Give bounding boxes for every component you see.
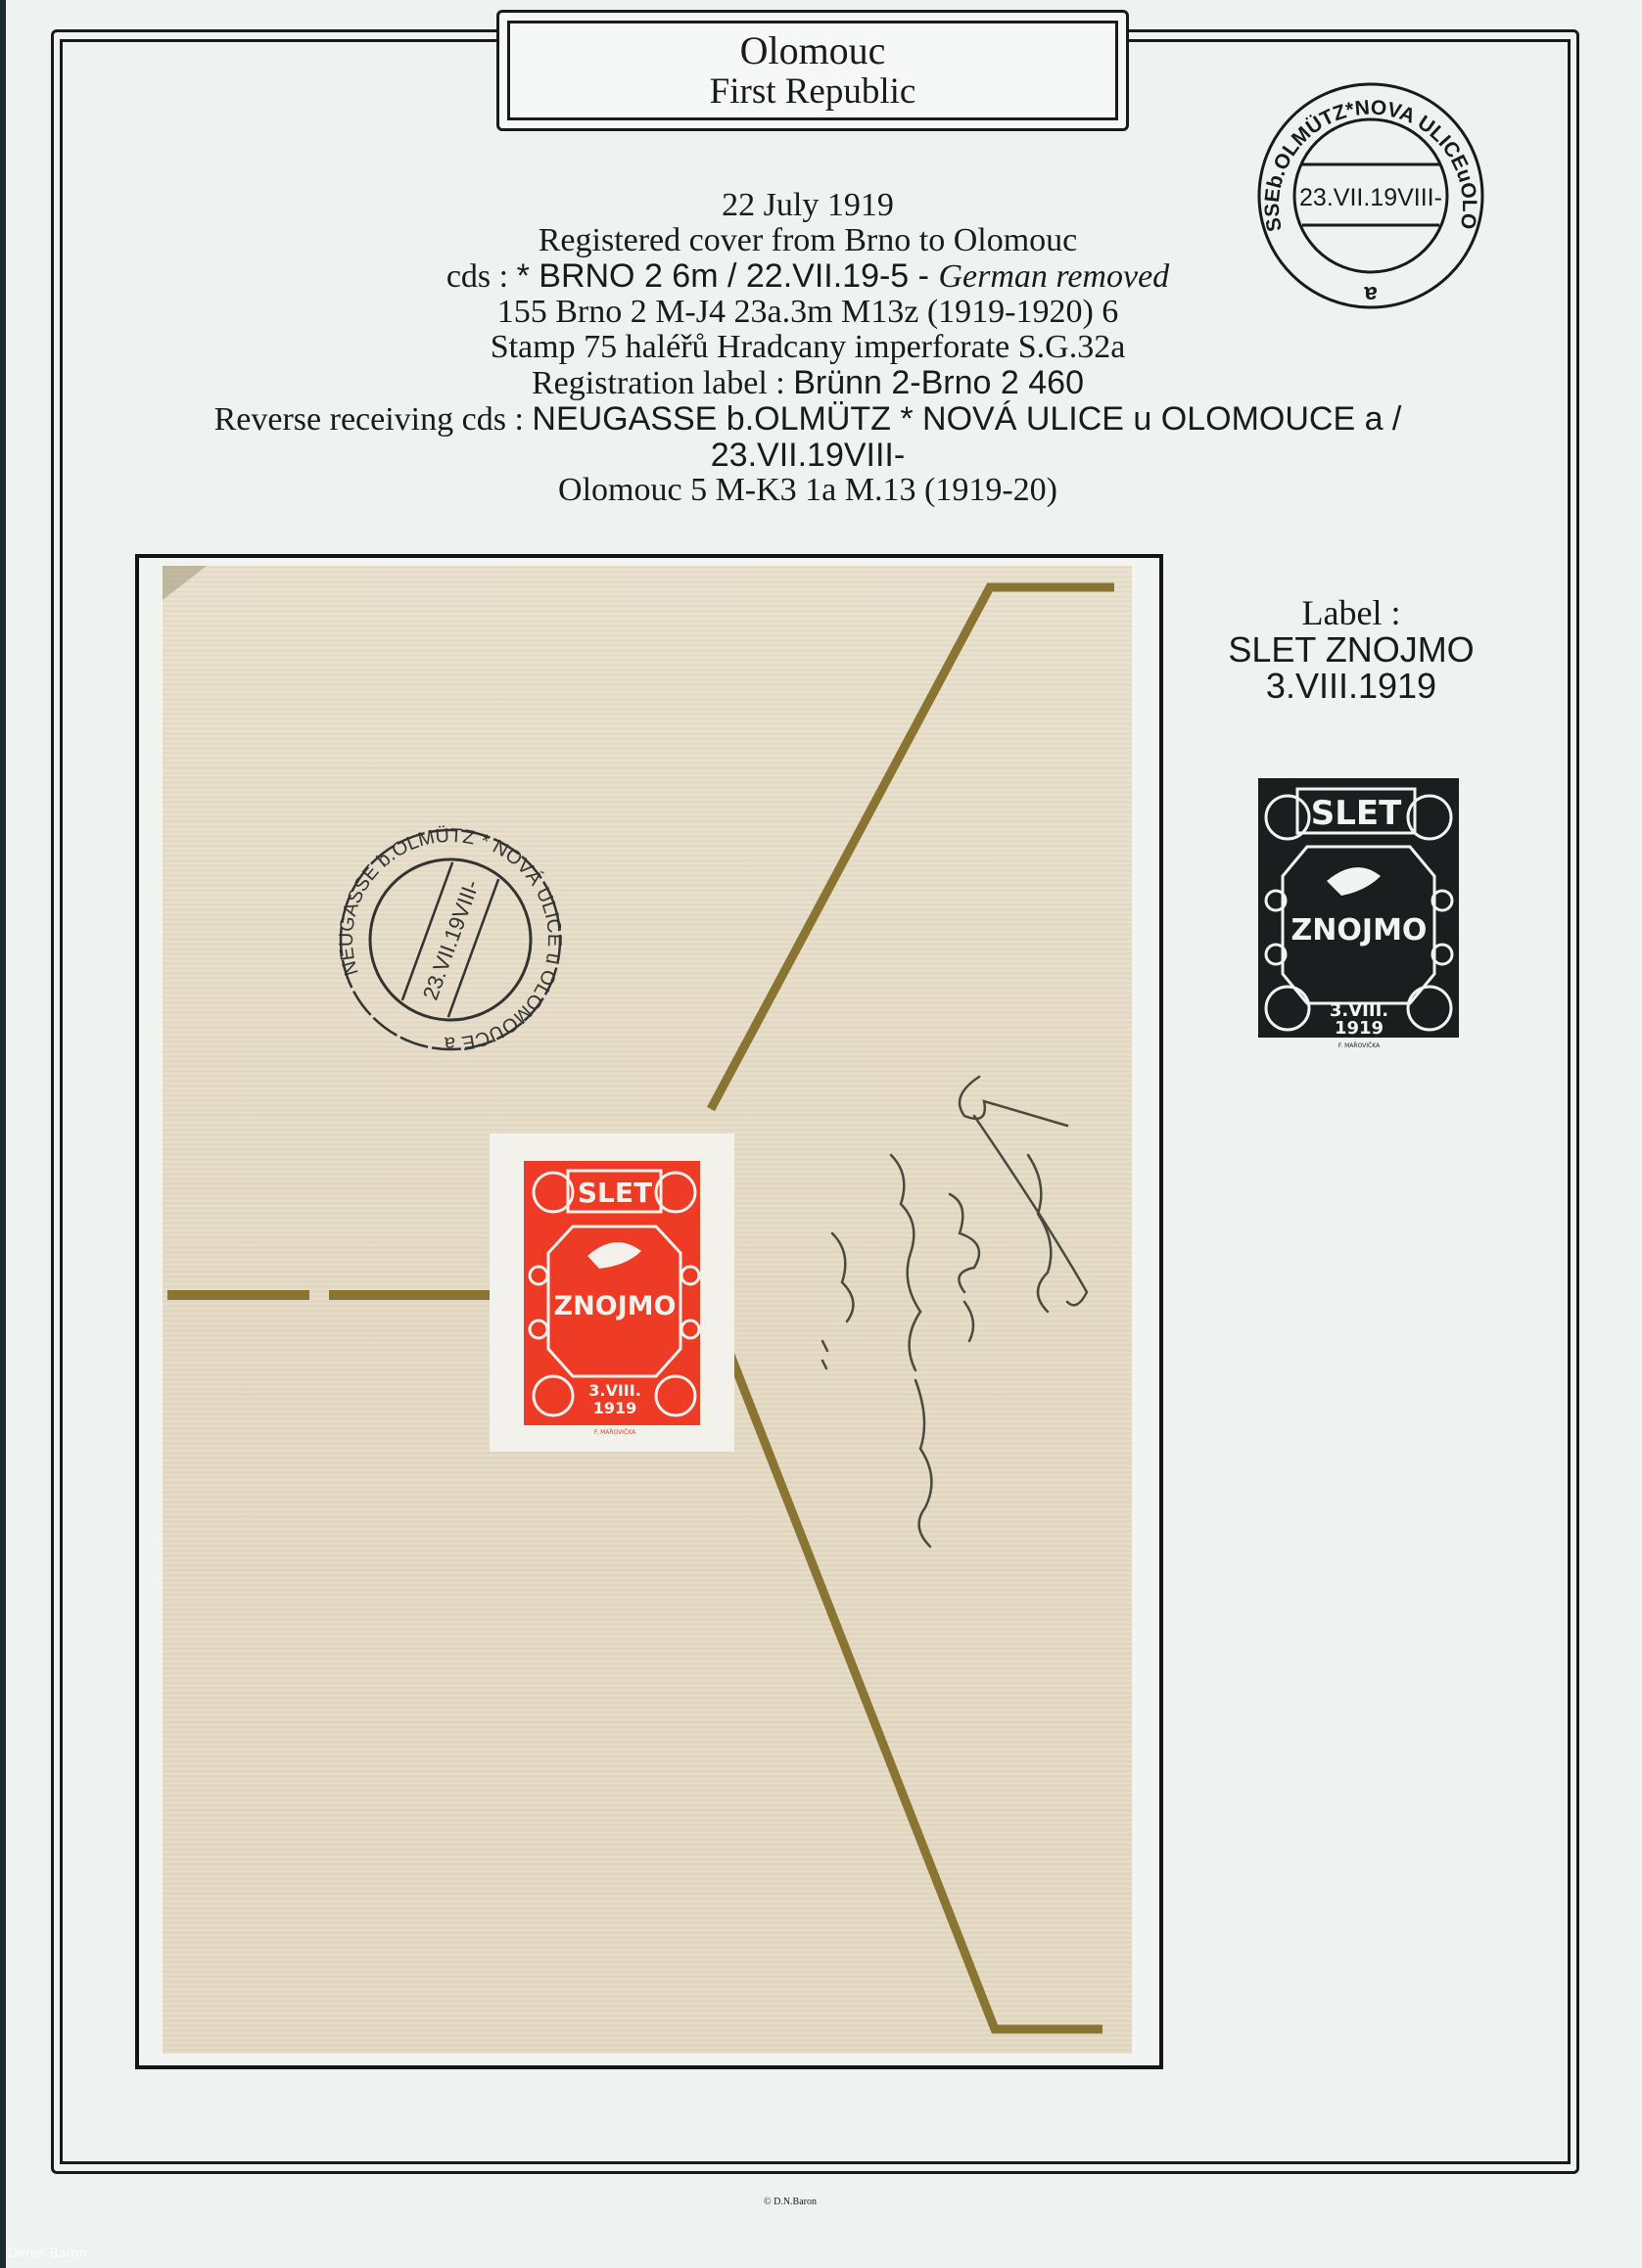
reverse-cds-line: Reverse receiving cds : NEUGASSE b.OLMÜT…: [98, 401, 1518, 438]
slet-znojmo-stamp: SLET ZNOJMO 3.VIII. 1919 F. MAŘOVIČKA: [490, 1134, 734, 1452]
registration-line: Registration label : Brünn 2-Brno 2 460: [98, 365, 1518, 401]
label-caption: Label : SLET ZNOJMO 3.VIII.1919: [1204, 595, 1498, 704]
reverse-cds-catalogue: Olomouc 5 M-K3 1a M.13 (1919-20): [98, 473, 1518, 508]
page-subtitle: First Republic: [510, 72, 1115, 112]
svg-text:1919: 1919: [593, 1399, 637, 1417]
watermark-text: Derek Baron: [8, 2246, 87, 2261]
postmark-diagram-date: 23.VII.19VIII-: [1299, 184, 1442, 211]
svg-text:F. MAŘOVIČKA: F. MAŘOVIČKA: [594, 1428, 636, 1436]
svg-text:SLET: SLET: [578, 1177, 652, 1209]
cds-note: German removed: [938, 258, 1169, 295]
svg-text:ZNOJMO: ZNOJMO: [1291, 913, 1428, 948]
envelope-postmark-date: 23.VII.19VIII-: [418, 877, 484, 1003]
page-title: Olomouc: [510, 29, 1115, 72]
cds-value: * BRNO 2 6m / 22.VII.19-5: [517, 257, 910, 295]
svg-text:SLET: SLET: [1311, 794, 1402, 833]
handwritten-address: [754, 1057, 1106, 1566]
label-caption-prefix: Label :: [1204, 595, 1498, 631]
envelope-postmark: NEUGASSE b.OLMÜTZ * NOVÁ ULICE u OLOMOUC…: [333, 822, 568, 1057]
stamp-description: Stamp 75 haléřů Hradcany imperforate S.G…: [98, 330, 1518, 365]
copyright-text: © D.N.Baron: [764, 2197, 817, 2207]
label-caption-name: SLET ZNOJMO: [1204, 631, 1498, 668]
postmark-diagram: NEUGASSEb.OLMÜTZ*NOVA ULICEuOLOMOUCE a 2…: [1253, 78, 1488, 313]
svg-text:1919: 1919: [1335, 1018, 1384, 1039]
reverse-cds-value: NEUGASSE b.OLMÜTZ * NOVÁ ULICE u OLOMOUC…: [532, 400, 1401, 438]
registration-value: Brünn 2-Brno 2 460: [793, 364, 1084, 401]
svg-text:ZNOJMO: ZNOJMO: [554, 1291, 677, 1321]
label-caption-date: 3.VIII.1919: [1204, 668, 1498, 704]
reverse-cds-date: 23.VII.19VIII-: [98, 438, 1518, 473]
title-box: Olomouc First Republic: [496, 10, 1129, 131]
label-image-bw: SLET ZNOJMO 3.VIII. 1919 F. MAŘOVIČKA: [1229, 754, 1493, 1072]
svg-text:F. MAŘOVIČKA: F. MAŘOVIČKA: [1338, 1041, 1381, 1049]
postmark-diagram-letter: a: [1364, 281, 1378, 307]
svg-text:3.VIII.: 3.VIII.: [588, 1381, 641, 1400]
scan-edge: [0, 0, 6, 2268]
